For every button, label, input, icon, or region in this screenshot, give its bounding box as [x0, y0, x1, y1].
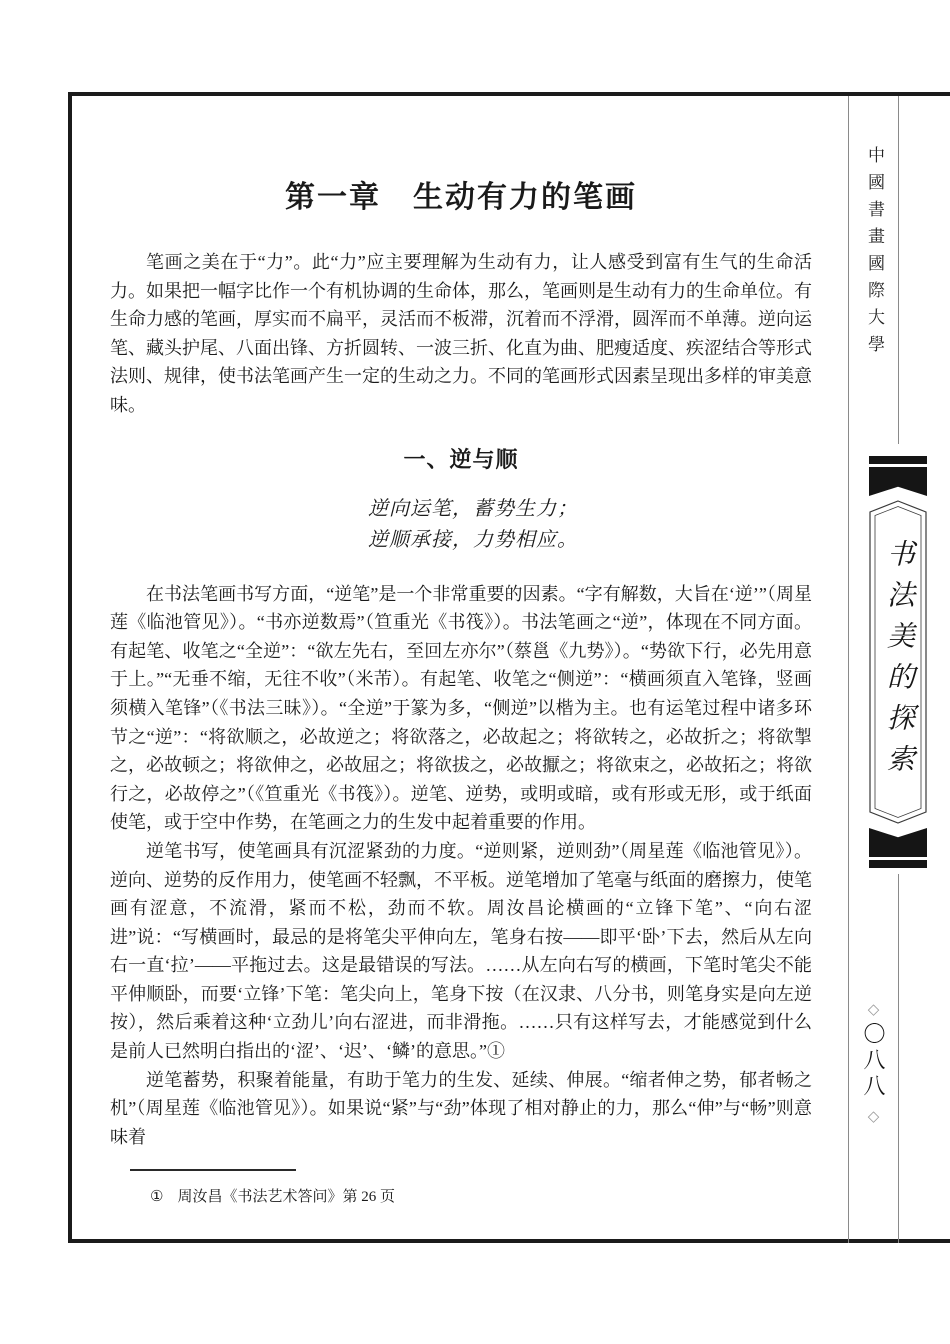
verse-block: 逆向运笔，蓄势生力； 逆顺承接，力势相应。: [368, 494, 812, 556]
footnote: ①周汝昌《书法艺术答问》第 26 页: [150, 1187, 812, 1207]
page-number-block: ◇ 〇八八 ◇: [855, 1000, 892, 1127]
paragraph-1: 笔画之美在于“力”。此“力”应主要理解为生动有力，让人感受到富有生气的生命活力。…: [110, 248, 812, 420]
verse-line-1: 逆向运笔，蓄势生力；: [368, 494, 812, 525]
emblem-top-ribbon: [869, 467, 927, 496]
footnote-marker: ①: [150, 1189, 163, 1205]
verse-line-2: 逆顺承接，力势相应。: [368, 525, 812, 556]
diamond-ornament-top-icon: ◇: [855, 1000, 892, 1020]
footnote-separator: [130, 1169, 296, 1171]
diamond-ornament-bottom-icon: ◇: [855, 1107, 892, 1127]
footnote-text: 周汝昌《书法艺术答问》第 26 页: [177, 1189, 395, 1205]
section-heading: 一、逆与顺: [110, 446, 812, 474]
sidebar-right-line-top: [898, 96, 899, 444]
paragraph-4: 逆笔蓄势，积聚着能量，有助于笔力的生发、延续、伸展。“缩者伸之势，郁者畅之机”（…: [110, 1066, 812, 1152]
chapter-title: 第一章 生动有力的笔画: [110, 180, 812, 216]
emblem-top-bar: [869, 456, 927, 464]
sidebar-right-line-bottom: [898, 874, 899, 1243]
main-text-column: 第一章 生动有力的笔画 笔画之美在于“力”。此“力”应主要理解为生动有力，让人感…: [110, 180, 812, 1207]
emblem-bottom-bar: [869, 860, 927, 868]
book-title-emblem: 书法美的探索: [869, 456, 927, 868]
emblem-cartouche: 书法美的探索: [869, 500, 927, 824]
sidebar-divider-line: [848, 96, 849, 1243]
page-number: 〇八八: [855, 1022, 892, 1100]
emblem-bottom-ribbon: [869, 828, 927, 857]
book-title: 书法美的探索: [869, 500, 927, 824]
sidebar-university-name: 中國書畫國際大學: [860, 146, 887, 386]
paragraph-2: 在书法笔画书写方面，“逆笔”是一个非常重要的因素。“字有解数，大旨在‘逆’”（周…: [110, 580, 812, 837]
paragraph-3: 逆笔书写，使笔画具有沉涩紧劲的力度。“逆则紧，逆则劲”（周星莲《临池管见》）。逆…: [110, 837, 812, 1066]
